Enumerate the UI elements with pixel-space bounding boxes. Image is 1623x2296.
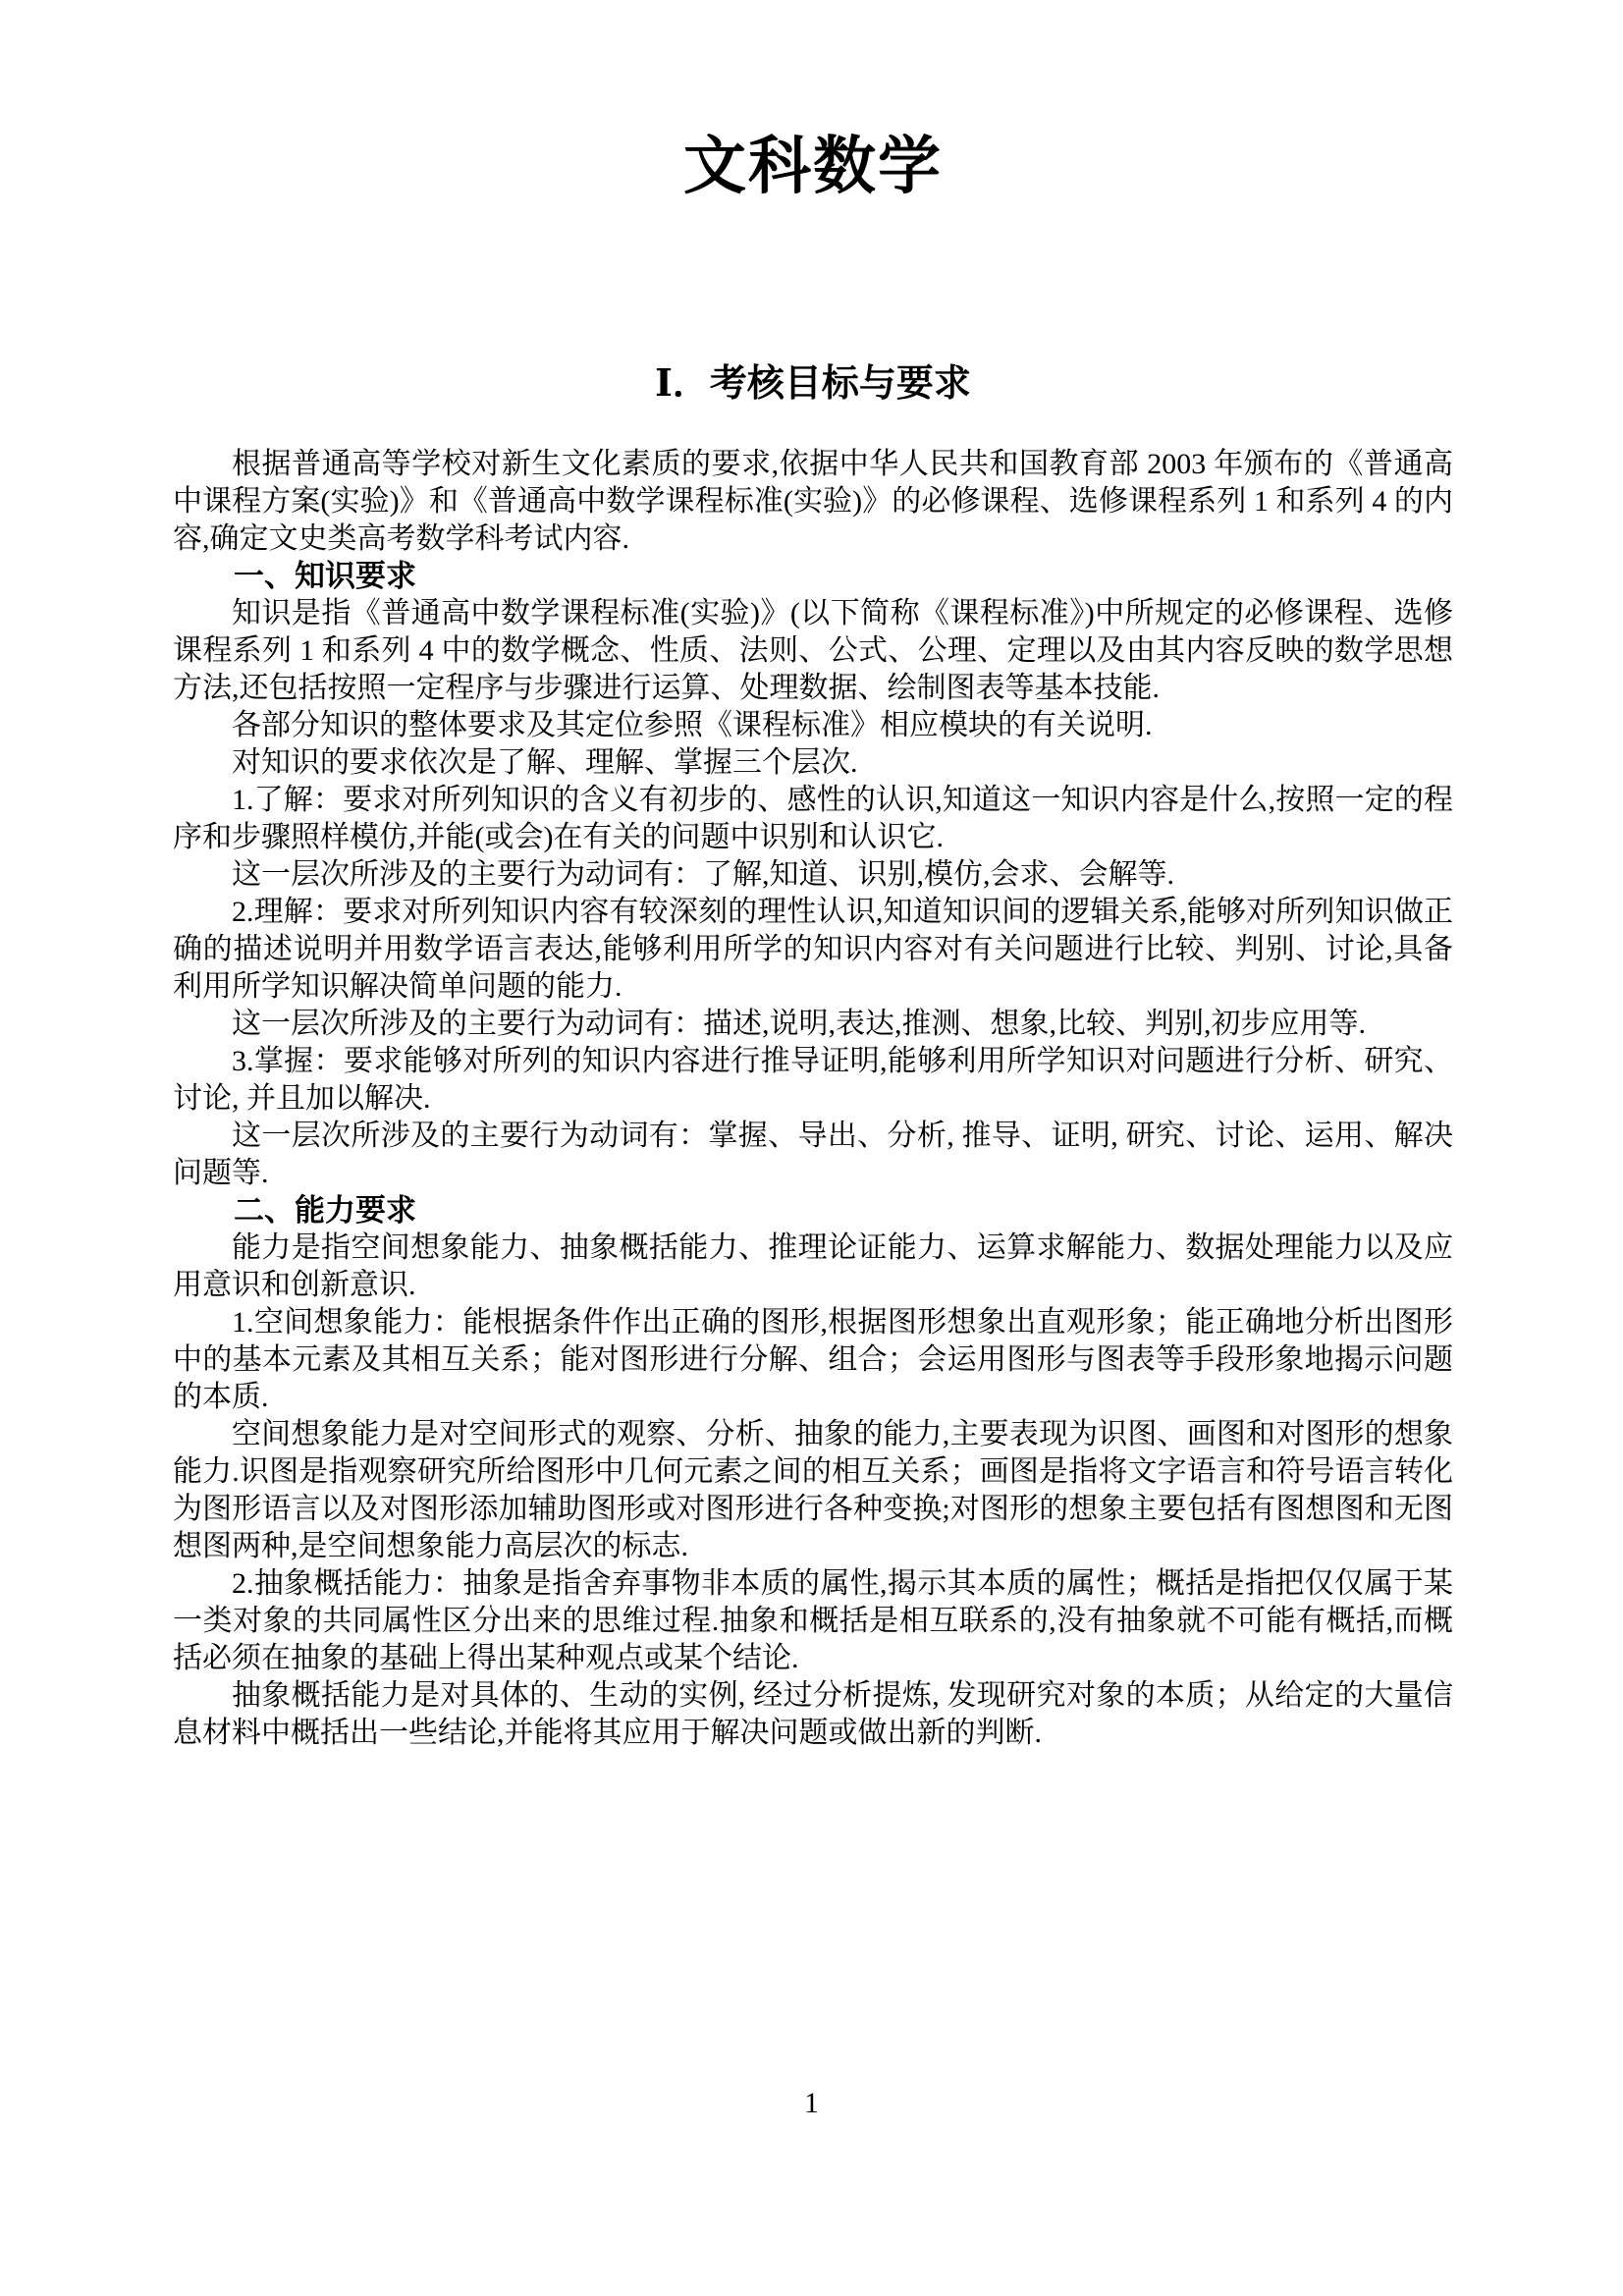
paragraph-level-understand-1: 1.了解：要求对所列知识的含义有初步的、感性的认识,知道这一知识内容是什么,按照… xyxy=(173,782,1453,856)
paragraph-level-master-3-verbs: 这一层次所涉及的主要行为动词有：掌握、导出、分析, 推导、证明, 研究、讨论、运… xyxy=(173,1118,1453,1192)
subheading-ability-requirements: 二、能力要求 xyxy=(173,1192,1453,1230)
paragraph-abstract-ability-detail: 抽象概括能力是对具体的、生动的实例, 经过分析提炼, 发现研究对象的本质；从给定… xyxy=(173,1677,1453,1752)
paragraph-intro: 根据普通高等学校对新生文化素质的要求,依据中华人民共和国教育部 2003 年颁布… xyxy=(173,446,1453,558)
page-number: 1 xyxy=(0,2086,1623,2121)
paragraph-knowledge-levels: 对知识的要求依次是了解、理解、掌握三个层次. xyxy=(173,744,1453,782)
document-content: 文科数学 Ⅰ．考核目标与要求 根据普通高等学校对新生文化素质的要求,依据中华人民… xyxy=(173,128,1453,1752)
document-title: 文科数学 xyxy=(173,128,1453,206)
paragraph-ability-definition: 能力是指空间想象能力、抽象概括能力、推理论证能力、运算求解能力、数据处理能力以及… xyxy=(173,1230,1453,1304)
section-heading: Ⅰ．考核目标与要求 xyxy=(173,361,1453,407)
paragraph-abstract-ability: 2.抽象概括能力：抽象是指舍弃事物非本质的属性,揭示其本质的属性；概括是指把仅仅… xyxy=(173,1565,1453,1677)
paragraph-level-understand-1-verbs: 这一层次所涉及的主要行为动词有：了解,知道、识别,模仿,会求、会解等. xyxy=(173,856,1453,894)
paragraph-spatial-ability: 1.空间想象能力：能根据条件作出正确的图形,根据图形想象出直观形象；能正确地分析… xyxy=(173,1304,1453,1416)
paragraph-level-master-3: 3.掌握：要求能够对所列的知识内容进行推导证明,能够利用所学知识对问题进行分析、… xyxy=(173,1043,1453,1118)
paragraph-spatial-ability-detail: 空间想象能力是对空间形式的观察、分析、抽象的能力,主要表现为识图、画图和对图形的… xyxy=(173,1416,1453,1565)
paragraph-level-comprehend-2-verbs: 这一层次所涉及的主要行为动词有：描述,说明,表达,推测、想象,比较、判别,初步应… xyxy=(173,1006,1453,1043)
document-page: 文科数学 Ⅰ．考核目标与要求 根据普通高等学校对新生文化素质的要求,依据中华人民… xyxy=(0,0,1623,2296)
paragraph-knowledge-overall: 各部分知识的整体要求及其定位参照《课程标准》相应模块的有关说明. xyxy=(173,707,1453,744)
paragraph-level-comprehend-2: 2.理解：要求对所列知识内容有较深刻的理性认识,知道知识间的逻辑关系,能够对所列… xyxy=(173,894,1453,1006)
subheading-knowledge-requirements: 一、知识要求 xyxy=(173,558,1453,595)
paragraph-knowledge-definition: 知识是指《普通高中数学课程标准(实验)》(以下简称《课程标准》)中所规定的必修课… xyxy=(173,595,1453,707)
